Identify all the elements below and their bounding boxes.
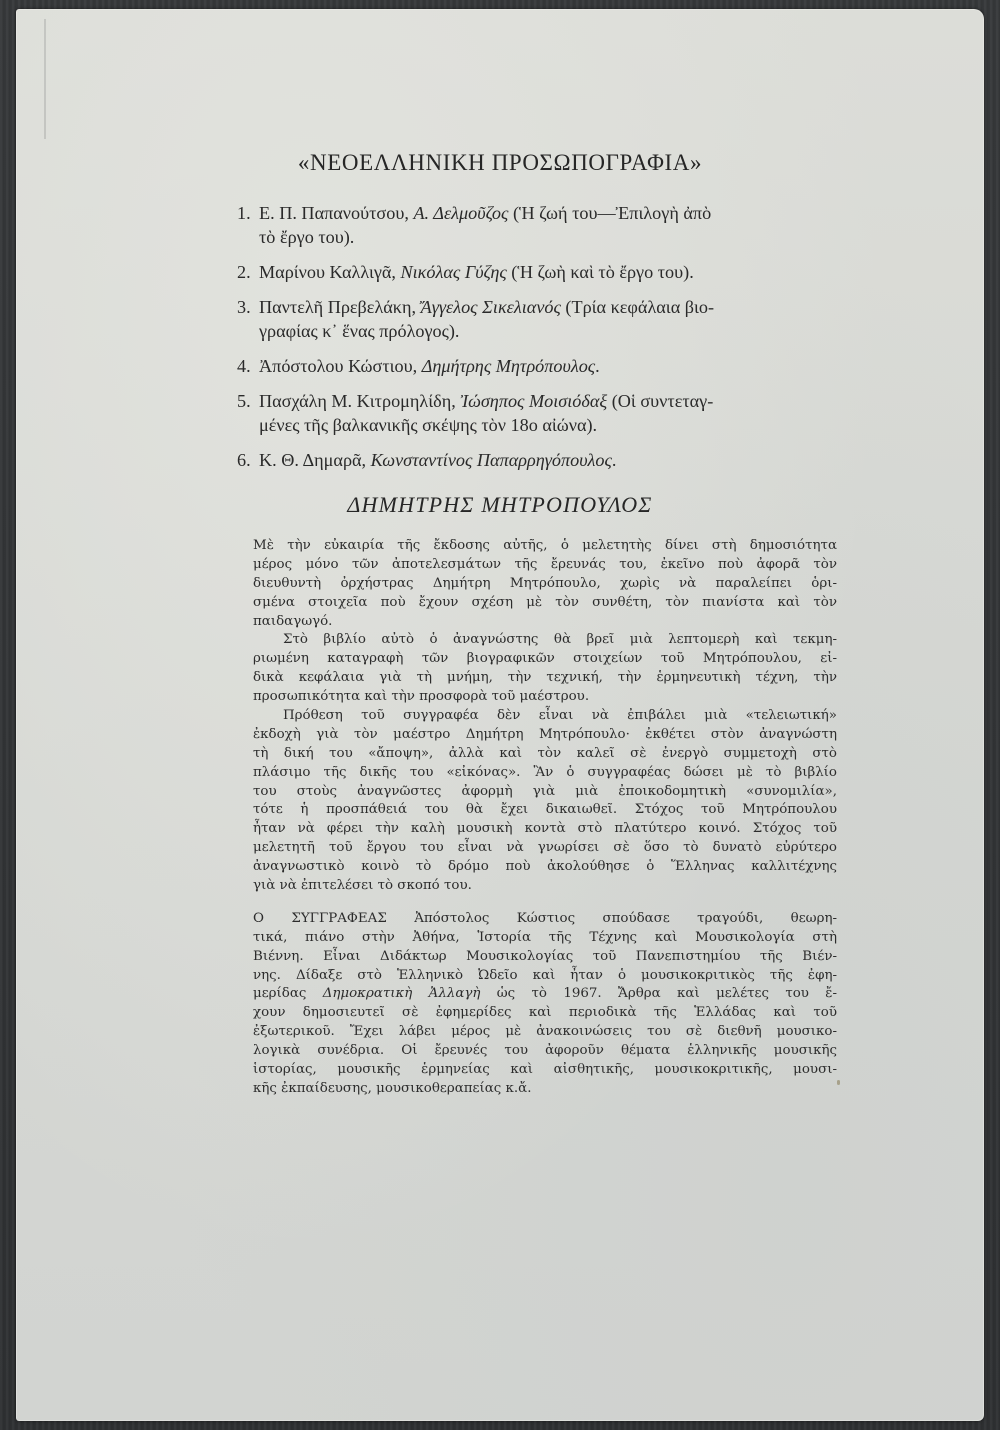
italic-title-text: Ἰώσηπος Μοισιόδαξ (460, 391, 607, 411)
book-list-item: 5.Πασχάλη Μ. Κιτρομηλίδη, Ἰώσηπος Μοισιό… (237, 389, 837, 437)
description-paragraphs: Μὲ τὴν εὐκαιρία τῆς ἔκδοσης αὐτῆς, ὁ μελ… (253, 537, 837, 896)
text-run: σμένα στοιχεῖα ποὺ ἔχουν σχέση μὲ τὸν συ… (253, 595, 837, 610)
text-run: (Ἡ ζωή του—Ἐπιλογὴ ἀπὸ (508, 203, 711, 223)
description-paragraph: Μὲ τὴν εὐκαιρία τῆς ἔκδοσης αὐτῆς, ὁ μελ… (253, 537, 837, 631)
paper-speck (837, 1080, 840, 1085)
text-run: (Οἱ συντεταγ- (607, 391, 713, 411)
text-line: μέρος μόνο τῶν ἀποτελεσμάτων τῆς ἔρευνάς… (253, 556, 837, 575)
text-run: Παντελῆ Πρεβελάκη, (259, 297, 421, 317)
text-run: μερίδας (253, 986, 323, 1001)
text-run: γραφίας κ᾽ ἕνας πρόλογος). (259, 321, 459, 341)
text-run: Βιέννη. Εἶναι Διδάκτωρ Μουσικολογίας τοῦ… (253, 949, 837, 964)
text-run: Ε. Π. Παπανούτσου, (259, 203, 413, 223)
text-line: διευθυντὴ ὀρχήστρας Δημήτρη Μητρόπουλο, … (253, 575, 837, 594)
text-run: ἱστορίας, μουσικῆς ἑρμηνείας καὶ αἰσθητι… (253, 1062, 837, 1077)
book-number: 5. (237, 389, 259, 413)
text-run: Μὲ τὴν εὐκαιρία τῆς ἔκδοσης αὐτῆς, ὁ μελ… (253, 538, 837, 553)
text-run: κῆς ἐκπαίδευσης, μουσικοθεραπείας κ.ἄ. (253, 1081, 531, 1096)
text-run: ἦταν νὰ φέρει τὴν καλὴ μουσικὴ κοντὰ στὸ… (253, 821, 837, 836)
text-run: τὴ δική του «ἄποψη», ἀλλὰ καὶ τὸν καλεῖ … (253, 746, 837, 761)
text-run: μελετητῆ τοῦ ἔργου του εἶναι νὰ γνωρίσει… (253, 840, 837, 855)
description-paragraph: Στὸ βιβλίο αὐτὸ ὁ ἀναγνώστης θὰ βρεῖ μιὰ… (253, 631, 837, 707)
text-run: (Τρία κεφάλαια βιο- (561, 297, 714, 317)
book-list-item: 6.Κ. Θ. Δημαρᾶ, Κωνσταντίνος Παπαρρηγόπο… (237, 448, 837, 472)
text-line: Βιέννη. Εἶναι Διδάκτωρ Μουσικολογίας τοῦ… (253, 948, 837, 967)
text-run: ἀναγνωστικὸ κοινὸ τὸ δρόμο ποὺ ἀκολούθησ… (253, 859, 837, 874)
text-run: ριωμένη καταγραφὴ τῶν βιογραφικῶν στοιχε… (253, 651, 837, 666)
text-run: διευθυντὴ ὀρχήστρας Δημήτρη Μητρόπουλο, … (253, 576, 837, 591)
italic-title-text: Κωνσταντίνος Παπαρρηγόπουλος (371, 450, 612, 470)
text-line: ἀναγνωστικὸ κοινὸ τὸ δρόμο ποὺ ἀκολούθησ… (253, 858, 837, 877)
book-list-item: 1.Ε. Π. Παπανούτσου, Α. Δελμοῦζος (Ἡ ζωή… (237, 201, 837, 249)
book-list-line: 2.Μαρίνου Καλλιγᾶ, Νικόλας Γύζης (Ἡ ζωὴ … (237, 260, 837, 284)
text-run: Πρόθεση τοῦ συγγραφέα δὲν εἶναι νὰ ἐπιβά… (283, 708, 837, 723)
text-run: τὸ ἔργο του). (259, 227, 354, 247)
text-line: δικὰ κεφάλαια γιὰ τὴ μνήμη, τὴν τεχνική,… (253, 669, 837, 688)
text-line: νης. Δίδαξε στὸ Ἑλληνικὸ Ὠδεῖο καὶ ἦταν … (253, 967, 837, 986)
series-book-list: 1.Ε. Π. Παπανούτσου, Α. Δελμοῦζος (Ἡ ζωή… (237, 201, 837, 483)
text-run: δικὰ κεφάλαια γιὰ τὴ μνήμη, τὴν τεχνική,… (253, 670, 837, 685)
text-line: Στὸ βιβλίο αὐτὸ ὁ ἀναγνώστης θὰ βρεῖ μιὰ… (253, 631, 837, 650)
text-line: προσωπικότητα καὶ τὴν προσφορὰ τοῦ μαέστ… (253, 688, 837, 707)
text-line: μελετητῆ τοῦ ἔργου του εἶναι νὰ γνωρίσει… (253, 839, 837, 858)
italic-title-text: Δημήτρης Μητρόπουλος (422, 356, 595, 376)
italic-title-text: Ἄγγελος Σικελιανός (421, 297, 561, 317)
italic-title-text: Α. Δελμοῦζος (413, 203, 508, 223)
text-run: ἐξωτερικοῦ. Ἔχει λάβει μέρος μὲ ἀνακοινώ… (253, 1024, 837, 1039)
text-run: . (612, 450, 617, 470)
book-list-item: 2.Μαρίνου Καλλιγᾶ, Νικόλας Γύζης (Ἡ ζωὴ … (237, 260, 837, 284)
text-run: μένες τῆς βαλκανικῆς σκέψης τὸν 18ο αἰών… (259, 415, 597, 435)
text-run: χουν δημοσιευτεῖ σὲ ἐφημερίδες καὶ περιο… (253, 1005, 837, 1020)
text-run: μέρος μόνο τῶν ἀποτελεσμάτων τῆς ἔρευνάς… (253, 557, 837, 572)
book-list-item: 3.Παντελῆ Πρεβελάκη, Ἄγγελος Σικελιανός … (237, 295, 837, 343)
book-number: 1. (237, 201, 259, 225)
italic-title-text: Δημοκρατικὴ Ἀλλαγὴ (323, 986, 481, 1001)
text-run: Μαρίνου Καλλιγᾶ, (259, 262, 401, 282)
text-run: . (595, 356, 600, 376)
book-number: 6. (237, 448, 259, 472)
text-run: του στοὺς ἀναγνῶστες ἀφορμὴ γιὰ μιὰ ἐποι… (253, 784, 837, 799)
text-run: ἐκδοχὴ γιὰ τὸν μαέστρο Δημήτρη Μητρόπουλ… (253, 727, 837, 742)
text-line: του στοὺς ἀναγνῶστες ἀφορμὴ γιὰ μιὰ ἐποι… (253, 783, 837, 802)
author-bio: Ο ΣΥΓΓΡΑΦΕΑΣ Ἀπόστολος Κώστιος σπούδασε … (253, 910, 837, 1099)
text-run: λογικὰ συνέδρια. Οἱ ἔρευνές του ἀφοροῦν … (253, 1043, 837, 1058)
text-run: Κ. Θ. Δημαρᾶ, (259, 450, 371, 470)
book-list-line: 1.Ε. Π. Παπανούτσου, Α. Δελμοῦζος (Ἡ ζωή… (237, 201, 837, 225)
book-back-cover: «ΝΕΟΕΛΛΗΝΙΚΗ ΠΡΟΣΩΠΟΓΡΑΦΙΑ» 1.Ε. Π. Παπα… (16, 9, 984, 1421)
book-list-line: γραφίας κ᾽ ἕνας πρόλογος). (237, 319, 837, 343)
text-line: πλάσιμο τῆς δικῆς του «εἰκόνας». Ἂν ὁ συ… (253, 764, 837, 783)
text-run: τότε ἡ προσπάθειά του θὰ ἔχει δικαιωθεῖ.… (253, 802, 837, 817)
book-description: Μὲ τὴν εὐκαιρία τῆς ἔκδοσης αὐτῆς, ὁ μελ… (253, 537, 837, 1099)
text-run: νης. Δίδαξε στὸ Ἑλληνικὸ Ὠδεῖο καὶ ἦταν … (253, 968, 837, 983)
book-list-line: 4.Ἀπόστολου Κώστιου, Δημήτρης Μητρόπουλο… (237, 354, 837, 378)
book-number: 3. (237, 295, 259, 319)
text-line: τὴ δική του «ἄποψη», ἀλλὰ καὶ τὸν καλεῖ … (253, 745, 837, 764)
text-run: τικά, πιάνο στὴν Ἀθήνα, Ἱστορία τῆς Τέχν… (253, 930, 837, 945)
text-line: ἐκδοχὴ γιὰ τὸν μαέστρο Δημήτρη Μητρόπουλ… (253, 726, 837, 745)
description-paragraph: Πρόθεση τοῦ συγγραφέα δὲν εἶναι νὰ ἐπιβά… (253, 707, 837, 896)
book-number: 4. (237, 354, 259, 378)
text-run: Ο ΣΥΓΓΡΑΦΕΑΣ Ἀπόστολος Κώστιος σπούδασε … (253, 911, 837, 926)
text-line: χουν δημοσιευτεῖ σὲ ἐφημερίδες καὶ περιο… (253, 1004, 837, 1023)
text-run: Πασχάλη Μ. Κιτρομηλίδη, (259, 391, 460, 411)
italic-title-text: Νικόλας Γύζης (401, 262, 507, 282)
book-list-line: τὸ ἔργο του). (237, 225, 837, 249)
text-line: τότε ἡ προσπάθειά του θὰ ἔχει δικαιωθεῖ.… (253, 801, 837, 820)
text-line: λογικὰ συνέδρια. Οἱ ἔρευνές του ἀφοροῦν … (253, 1042, 837, 1061)
book-list-line: 5.Πασχάλη Μ. Κιτρομηλίδη, Ἰώσηπος Μοισιό… (237, 389, 837, 413)
text-line: ἐξωτερικοῦ. Ἔχει λάβει μέρος μὲ ἀνακοινώ… (253, 1023, 837, 1042)
text-line: σμένα στοιχεῖα ποὺ ἔχουν σχέση μὲ τὸν συ… (253, 594, 837, 613)
text-run: προσωπικότητα καὶ τὴν προσφορὰ τοῦ μαέστ… (253, 689, 589, 704)
text-run: (Ἡ ζωὴ καὶ τὸ ἔργο του). (507, 262, 694, 282)
text-line: ριωμένη καταγραφὴ τῶν βιογραφικῶν στοιχε… (253, 650, 837, 669)
text-run: παιδαγωγό. (253, 614, 332, 629)
book-list-line: μένες τῆς βαλκανικῆς σκέψης τὸν 18ο αἰών… (237, 413, 837, 437)
book-title-heading: ΔΗΜΗΤΡΗΣ ΜΗΤΡΟΠΟΥΛΟΣ (16, 492, 984, 518)
cover-content: «ΝΕΟΕΛΛΗΝΙΚΗ ΠΡΟΣΩΠΟΓΡΑΦΙΑ» 1.Ε. Π. Παπα… (16, 9, 984, 1421)
text-run: πλάσιμο τῆς δικῆς του «εἰκόνας». Ἂν ὁ συ… (253, 765, 837, 780)
text-line: γιὰ νὰ ἐπιτελέσει τὸ σκοπό του. (253, 877, 837, 896)
text-run: γιὰ νὰ ἐπιτελέσει τὸ σκοπό του. (253, 878, 472, 893)
book-number: 2. (237, 260, 259, 284)
text-line: ἦταν νὰ φέρει τὴν καλὴ μουσικὴ κοντὰ στὸ… (253, 820, 837, 839)
series-title: «ΝΕΟΕΛΛΗΝΙΚΗ ΠΡΟΣΩΠΟΓΡΑΦΙΑ» (16, 150, 984, 176)
text-run: Ἀπόστολου Κώστιου, (259, 356, 422, 376)
text-line: τικά, πιάνο στὴν Ἀθήνα, Ἱστορία τῆς Τέχν… (253, 929, 837, 948)
text-run: ὡς τὸ 1967. Ἄρθρα καὶ μελέτες του ἔ- (480, 986, 837, 1001)
text-line: Ο ΣΥΓΓΡΑΦΕΑΣ Ἀπόστολος Κώστιος σπούδασε … (253, 910, 837, 929)
book-list-line: 3.Παντελῆ Πρεβελάκη, Ἄγγελος Σικελιανός … (237, 295, 837, 319)
text-run: Στὸ βιβλίο αὐτὸ ὁ ἀναγνώστης θὰ βρεῖ μιὰ… (283, 632, 837, 647)
book-list-line: 6.Κ. Θ. Δημαρᾶ, Κωνσταντίνος Παπαρρηγόπο… (237, 448, 837, 472)
text-line: Μὲ τὴν εὐκαιρία τῆς ἔκδοσης αὐτῆς, ὁ μελ… (253, 537, 837, 556)
text-line: κῆς ἐκπαίδευσης, μουσικοθεραπείας κ.ἄ. (253, 1080, 837, 1099)
text-line: Πρόθεση τοῦ συγγραφέα δὲν εἶναι νὰ ἐπιβά… (253, 707, 837, 726)
book-list-item: 4.Ἀπόστολου Κώστιου, Δημήτρης Μητρόπουλο… (237, 354, 837, 378)
text-line: ἱστορίας, μουσικῆς ἑρμηνείας καὶ αἰσθητι… (253, 1061, 837, 1080)
text-line: μερίδας Δημοκρατικὴ Ἀλλαγὴ ὡς τὸ 1967. Ἄ… (253, 985, 837, 1004)
text-line: παιδαγωγό. (253, 613, 837, 632)
